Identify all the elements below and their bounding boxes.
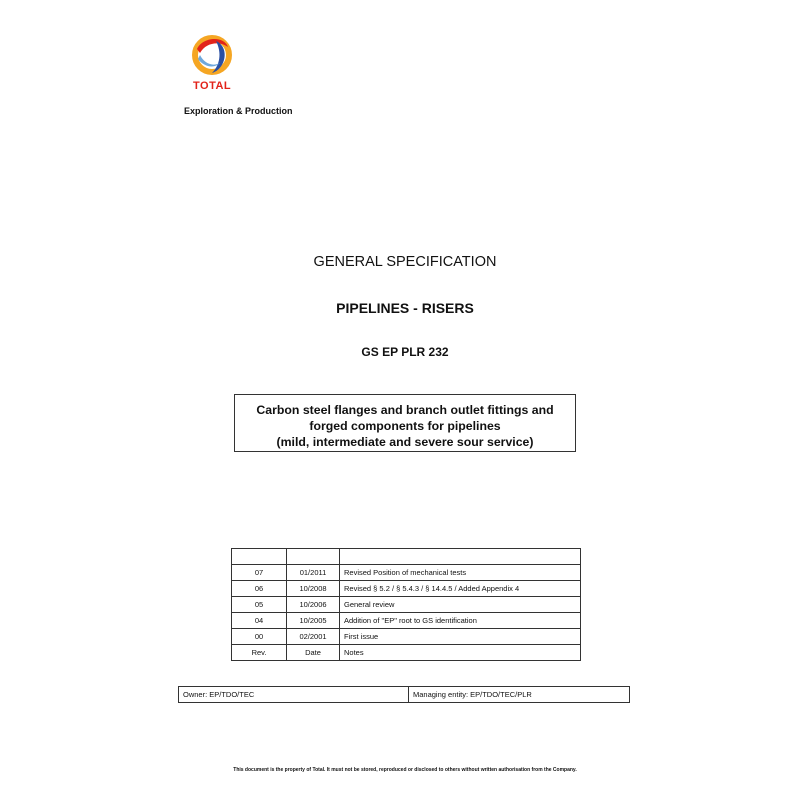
table-row: 07 01/2011 Revised Position of mechanica… <box>232 565 581 581</box>
document-subject: PIPELINES - RISERS <box>0 300 800 316</box>
title-line: forged components for pipelines <box>235 418 575 434</box>
notes-cell: Addition of "EP" root to GS identificati… <box>340 613 581 629</box>
notes-cell: First issue <box>340 629 581 645</box>
rev-cell: 06 <box>232 581 287 597</box>
title-line: Carbon steel flanges and branch outlet f… <box>235 402 575 418</box>
document-type: GENERAL SPECIFICATION <box>0 254 800 270</box>
table-row: Owner: EP/TDO/TEC Managing entity: EP/TD… <box>179 687 630 703</box>
notes-cell <box>340 549 581 565</box>
table-row <box>232 549 581 565</box>
document-title-box: Carbon steel flanges and branch outlet f… <box>234 394 576 452</box>
division-name: Exploration & Production <box>184 106 293 116</box>
date-cell: 10/2008 <box>287 581 340 597</box>
date-cell: 02/2001 <box>287 629 340 645</box>
rev-cell: 04 <box>232 613 287 629</box>
column-header-date: Date <box>287 645 340 661</box>
table-row: 00 02/2001 First issue <box>232 629 581 645</box>
confidentiality-notice: This document is the property of Total. … <box>0 767 800 773</box>
column-header-notes: Notes <box>340 645 581 661</box>
date-cell: 10/2006 <box>287 597 340 613</box>
rev-cell: 07 <box>232 565 287 581</box>
owner-cell: Owner: EP/TDO/TEC <box>179 687 409 703</box>
table-header-row: Rev. Date Notes <box>232 645 581 661</box>
document-reference: GS EP PLR 232 <box>0 345 800 359</box>
notes-cell: Revised Position of mechanical tests <box>340 565 581 581</box>
date-cell: 10/2005 <box>287 613 340 629</box>
notes-cell: General review <box>340 597 581 613</box>
rev-cell: 05 <box>232 597 287 613</box>
rev-cell <box>232 549 287 565</box>
table-row: 06 10/2008 Revised § 5.2 / § 5.4.3 / § 1… <box>232 581 581 597</box>
revision-table: 07 01/2011 Revised Position of mechanica… <box>231 548 581 661</box>
title-line: (mild, intermediate and severe sour serv… <box>235 434 575 450</box>
table-row: 04 10/2005 Addition of "EP" root to GS i… <box>232 613 581 629</box>
table-row: 05 10/2006 General review <box>232 597 581 613</box>
notes-cell: Revised § 5.2 / § 5.4.3 / § 14.4.5 / Add… <box>340 581 581 597</box>
column-header-rev: Rev. <box>232 645 287 661</box>
ownership-table: Owner: EP/TDO/TEC Managing entity: EP/TD… <box>178 686 630 703</box>
logo-wordmark: TOTAL <box>193 80 231 92</box>
managing-entity-cell: Managing entity: EP/TDO/TEC/PLR <box>409 687 630 703</box>
date-cell <box>287 549 340 565</box>
total-logo-icon <box>190 33 234 77</box>
date-cell: 01/2011 <box>287 565 340 581</box>
rev-cell: 00 <box>232 629 287 645</box>
